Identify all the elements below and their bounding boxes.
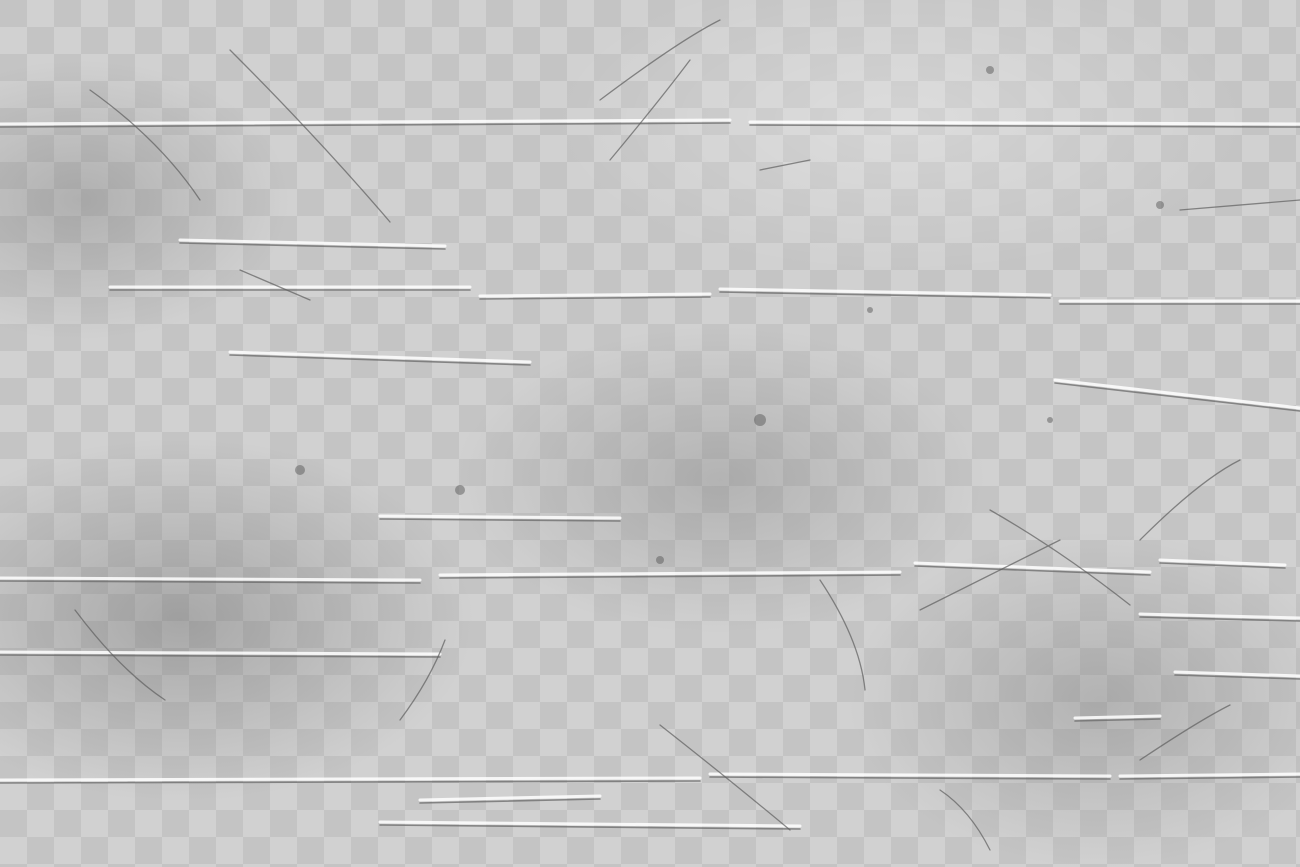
scratch-marks (0, 0, 1300, 867)
texture-canvas: Grayscale grunge scratched-surface textu… (0, 0, 1300, 867)
